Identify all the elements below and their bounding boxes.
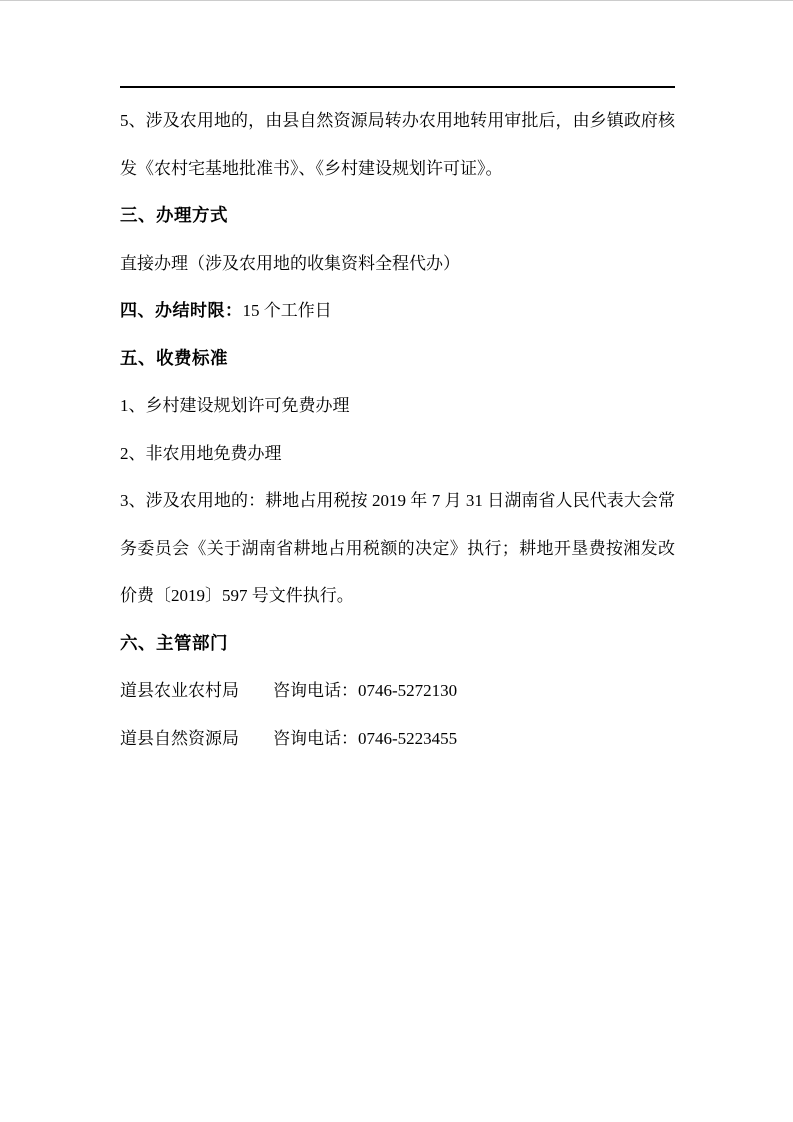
paragraph-line: 5、涉及农用地的，由县自然资源局转办农用地转用审批后，由乡镇政府核: [120, 97, 675, 145]
paragraph-line: 1、乡村建设规划许可免费办理: [120, 382, 675, 430]
header-separator-line: [120, 86, 675, 88]
paragraph-line: 务委员会《关于湖南省耕地占用税额的决定》执行；耕地开垦费按湘发改: [120, 525, 675, 573]
inline-heading-label: 四、办结时限：: [120, 301, 243, 320]
page-top-edge-line: [0, 0, 793, 1]
section-heading: 三、办理方式: [120, 192, 675, 240]
paragraph-line: 道县农业农村局 咨询电话：0746-5272130: [120, 667, 675, 715]
paragraph-line: 发《农村宅基地批准书》、《乡村建设规划许可证》。: [120, 145, 675, 193]
paragraph-line: 价费〔2019〕597 号文件执行。: [120, 572, 675, 620]
section-heading: 五、收费标准: [120, 335, 675, 383]
document-body: 5、涉及农用地的，由县自然资源局转办农用地转用审批后，由乡镇政府核发《农村宅基地…: [120, 97, 675, 762]
section-heading: 六、主管部门: [120, 620, 675, 668]
paragraph-line: 直接办理（涉及农用地的收集资料全程代办）: [120, 240, 675, 288]
paragraph-line: 四、办结时限：15 个工作日: [120, 287, 675, 335]
paragraph-line: 道县自然资源局 咨询电话：0746-5223455: [120, 715, 675, 763]
paragraph-line: 2、非农用地免费办理: [120, 430, 675, 478]
document-page: 5、涉及农用地的，由县自然资源局转办农用地转用审批后，由乡镇政府核发《农村宅基地…: [0, 0, 793, 1122]
paragraph-line: 3、涉及农用地的：耕地占用税按 2019 年 7 月 31 日湖南省人民代表大会…: [120, 477, 675, 525]
